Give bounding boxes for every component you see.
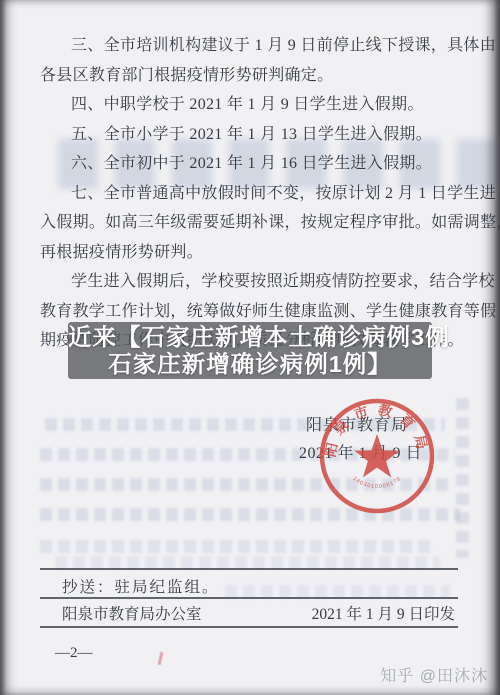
right-edge-shadow — [494, 0, 500, 695]
footer-divider-middle — [40, 597, 458, 599]
footer-divider-bottom — [40, 626, 458, 628]
doc-line: 四、中职学校于 2021 年 1 月 9 日学生进入假期。 — [40, 90, 462, 120]
left-edge-shadow — [0, 0, 6, 695]
document-body: 三、全市培训机构建议于 1 月 9 日前停止线下授课，具体由 各县区教育部门根据… — [40, 31, 462, 356]
doc-line: 六、全市初中于 2021 年 1 月 16 日学生进入假期。 — [40, 149, 462, 179]
cc-line: 抄送：驻局纪监组。 — [62, 575, 220, 597]
footer-divider-top — [40, 568, 458, 570]
doc-line: 三、全市培训机构建议于 1 月 9 日前停止线下授课，具体由 — [40, 31, 462, 61]
doc-line: 各县区教育部门根据疫情形势研判确定。 — [40, 61, 462, 91]
scanned-notice-page: 三、全市培训机构建议于 1 月 9 日前停止线下授课，具体由 各县区教育部门根据… — [0, 0, 500, 695]
zhihu-credit-watermark: 知乎 @田沐沐 — [380, 663, 488, 686]
doc-line: 五、全市小学于 2021 年 1 月 13 日学生进入假期。 — [40, 120, 462, 150]
doc-line: 学生进入假期后，学校要按照近期疫情防控要求，结合学校 — [40, 267, 462, 297]
doc-line: 七、全市普通高中放假时间不变，按原计划 2 月 1 日学生进 — [40, 179, 462, 209]
seal-star — [354, 434, 400, 477]
seal-serial-number: 1403010008178 — [352, 476, 403, 490]
caption-line-1: 近来【石家庄新增本土确诊病例3例 — [68, 324, 432, 351]
svg-text:1403010008178: 1403010008178 — [352, 476, 403, 490]
doc-line: 再根据疫情形势研判。 — [40, 238, 462, 268]
page-number: —2— — [55, 645, 93, 662]
office-name: 阳泉市教育局办公室 — [62, 602, 202, 624]
print-date: 2021 年 1 月 9 日印发 — [312, 602, 455, 624]
bleed-through-column — [456, 398, 469, 558]
pink-ink-mark — [158, 652, 164, 665]
doc-line: 入假期。如高三年级需要延期补课，按规定程序审批。如需调整， — [40, 208, 462, 238]
bleed-through-text — [40, 540, 435, 553]
news-caption-banner: 近来【石家庄新增本土确诊病例3例 石家庄新增确诊病例1例】 — [68, 322, 432, 379]
footer-office-row: 阳泉市教育局办公室 2021 年 1 月 9 日印发 — [62, 602, 455, 624]
official-seal: 阳泉市教育局 1403010008178 — [317, 396, 437, 516]
caption-line-2: 石家庄新增确诊病例1例】 — [68, 351, 432, 378]
